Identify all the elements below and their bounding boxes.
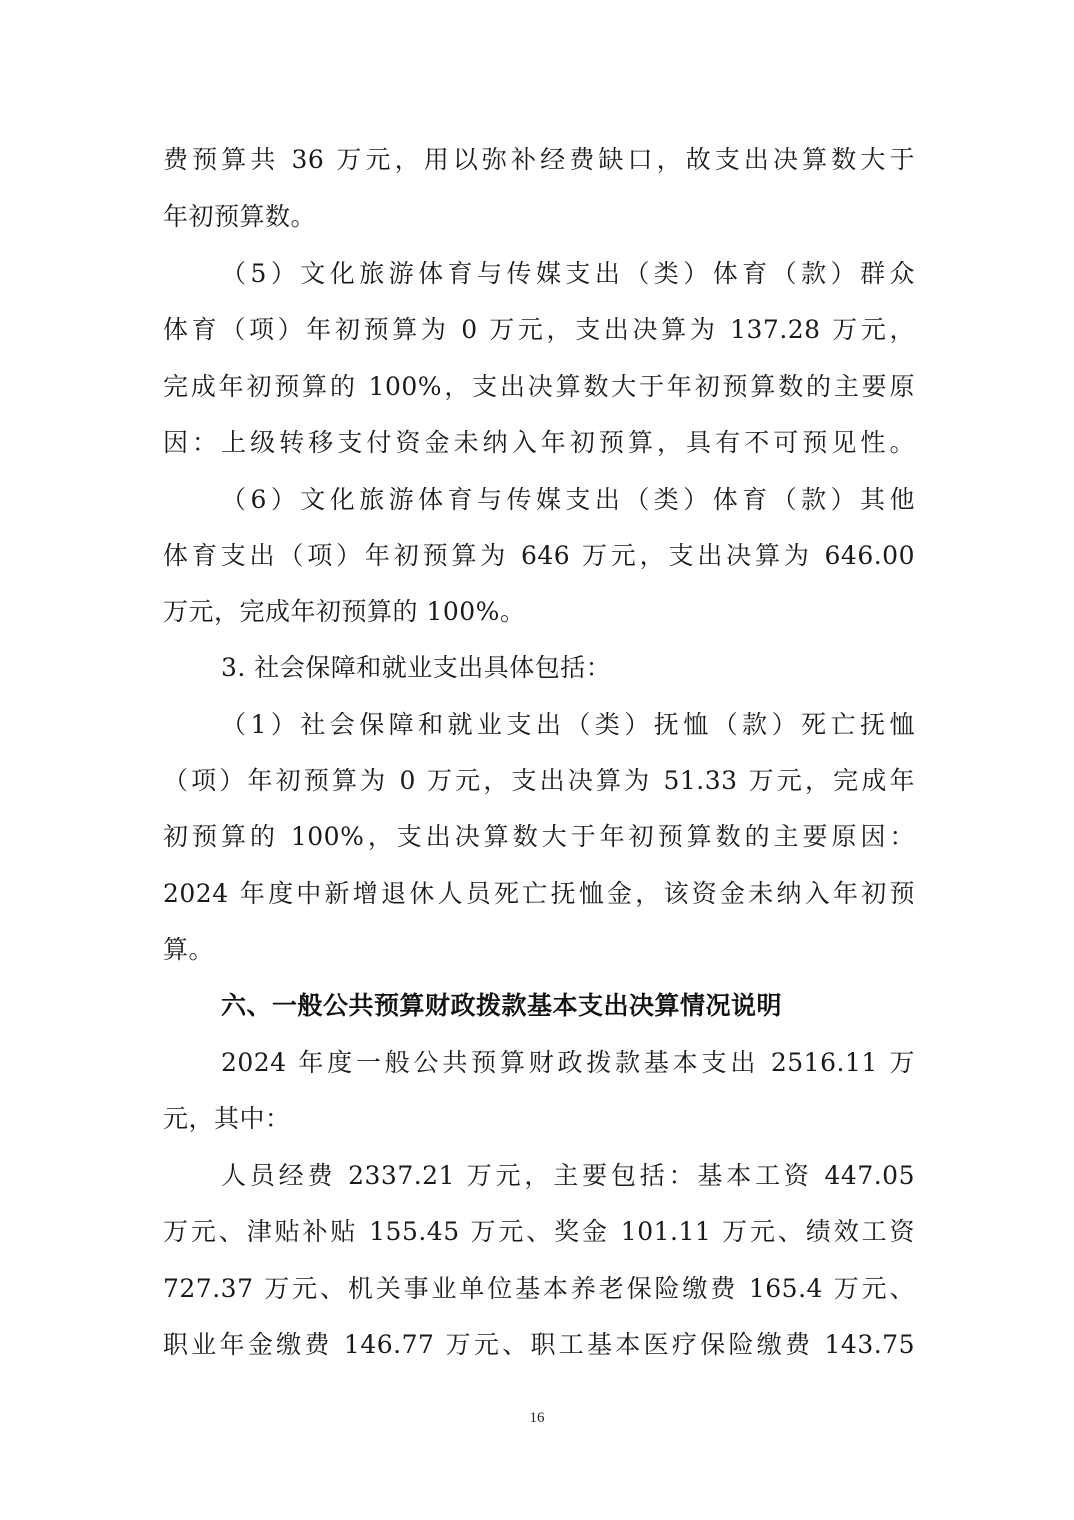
section-heading: 六、一般公共预算财政拨款基本支出决算情况说明 (221, 988, 782, 1024)
paragraph-line: 体育支出（项）年初预算为 646 万元，支出决算为 646.00 (163, 538, 915, 574)
paragraph-line: 2024 年度中新增退休人员死亡抚恤金，该资金未纳入年初预 (163, 876, 915, 912)
paragraph-line: 人员经费 2337.21 万元，主要包括：基本工资 447.05 (221, 1158, 915, 1194)
paragraph-line: （5）文化旅游体育与传媒支出（类）体育（款）群众 (221, 256, 915, 292)
document-page: 费预算共 36 万元，用以弥补经费缺口，故支出决算数大于 年初预算数。 （5）文… (0, 0, 1074, 1520)
paragraph-line: 年初预算数。 (163, 199, 915, 235)
page-number: 16 (0, 1410, 1074, 1427)
paragraph-line: 万元、津贴补贴 155.45 万元、奖金 101.11 万元、绩效工资 (163, 1214, 915, 1250)
paragraph-line: 费预算共 36 万元，用以弥补经费缺口，故支出决算数大于 (163, 142, 915, 178)
paragraph-line: 体育（项）年初预算为 0 万元，支出决算为 137.28 万元， (163, 312, 915, 348)
paragraph-line: （项）年初预算为 0 万元，支出决算为 51.33 万元，完成年 (163, 763, 915, 799)
paragraph-line: （6）文化旅游体育与传媒支出（类）体育（款）其他 (221, 482, 915, 518)
paragraph-line: 727.37 万元、机关事业单位基本养老保险缴费 165.4 万元、 (163, 1271, 915, 1307)
paragraph-line: 万元，完成年初预算的 100%。 (163, 594, 915, 630)
subsection-title: 3. 社会保障和就业支出具体包括： (221, 650, 915, 686)
paragraph-line: （1）社会保障和就业支出（类）抚恤（款）死亡抚恤 (221, 707, 915, 743)
paragraph-line: 元，其中： (163, 1101, 915, 1137)
paragraph-line: 算。 (163, 932, 915, 968)
paragraph-line: 因：上级转移支付资金未纳入年初预算，具有不可预见性。 (163, 425, 915, 461)
paragraph-line: 完成年初预算的 100%，支出决算数大于年初预算数的主要原 (163, 369, 915, 405)
paragraph-line: 2024 年度一般公共预算财政拨款基本支出 2516.11 万 (221, 1045, 915, 1081)
paragraph-line: 职业年金缴费 146.77 万元、职工基本医疗保险缴费 143.75 (163, 1327, 915, 1363)
paragraph-line: 初预算的 100%，支出决算数大于年初预算数的主要原因： (163, 819, 915, 855)
